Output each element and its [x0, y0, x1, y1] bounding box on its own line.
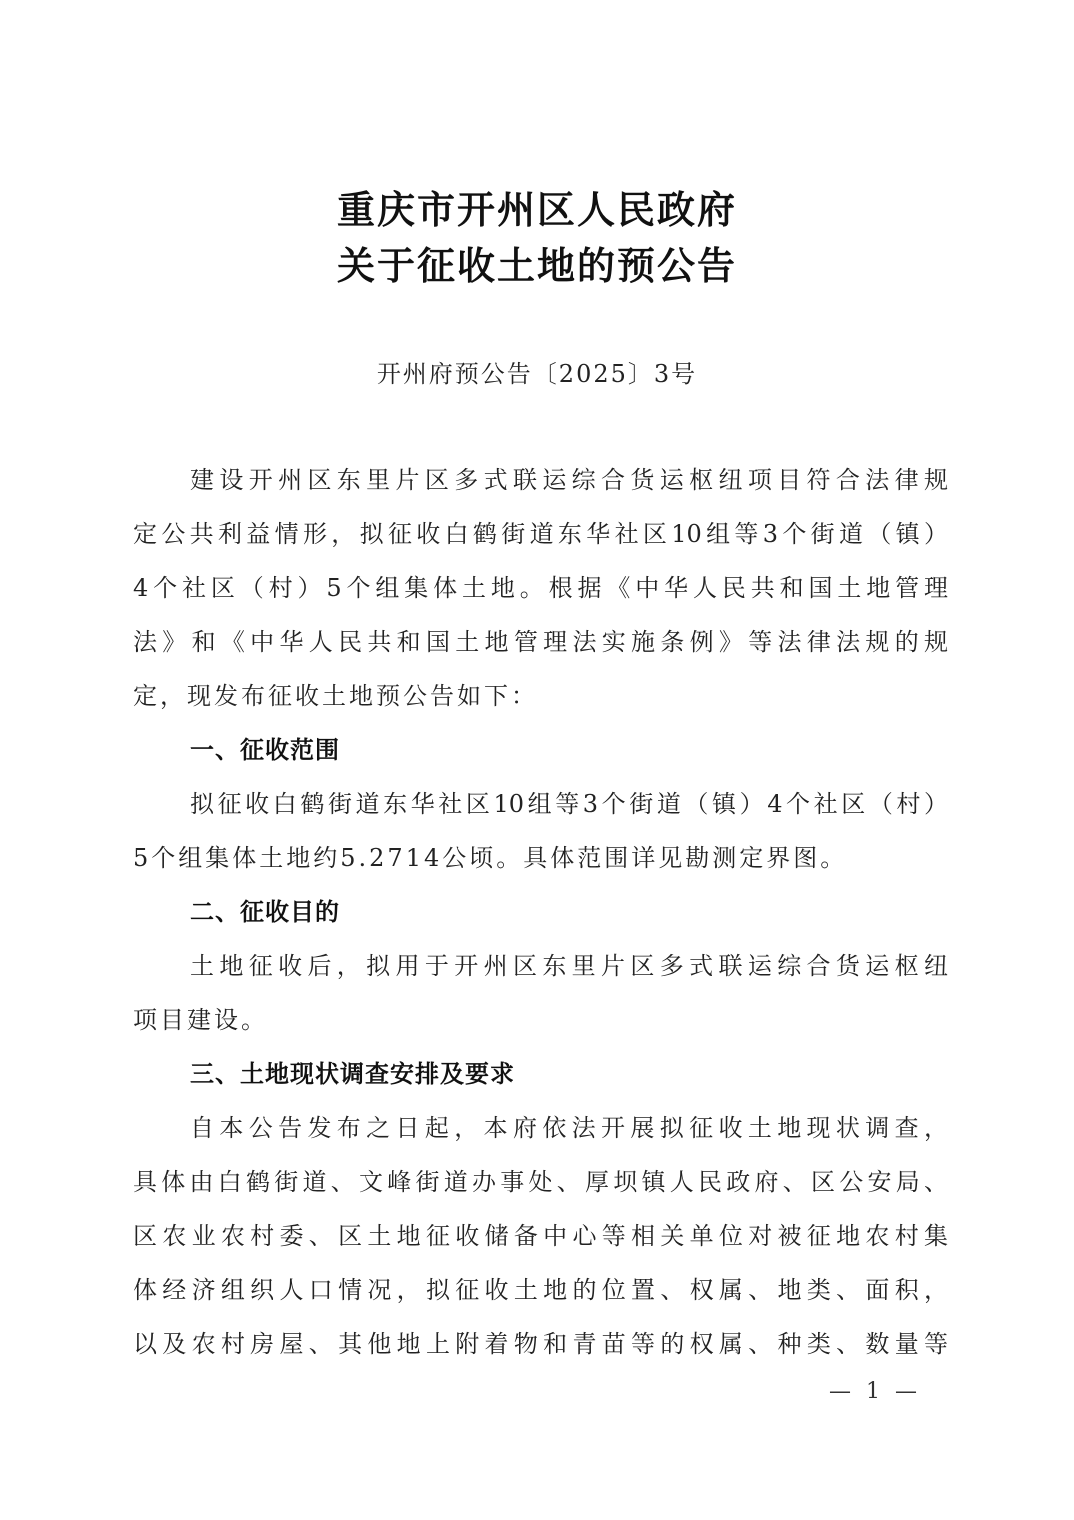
section-scope-line-1: 拟征收白鹤街道东华社区10组等3个街道（镇）4个社区（村） [190, 786, 948, 822]
section-survey-line-3: 区农业农村委、区土地征收储备中心等相关单位对被征地农村集 [133, 1218, 948, 1254]
section-heading-scope: 一、征收范围 [190, 732, 340, 768]
document-number: 开州府预公告〔2025〕3号 [0, 356, 1074, 392]
section-scope-line-2: 5个组集体土地约5.2714公顷。具体范围详见勘测定界图。 [133, 840, 948, 876]
document-title-line-1: 重庆市开州区人民政府 [0, 188, 1074, 232]
intro-line-3: 4个社区（村）5个组集体土地。根据《中华人民共和国土地管理 [133, 570, 948, 606]
section-survey-line-5: 以及农村房屋、其他地上附着物和青苗等的权属、种类、数量等 [133, 1326, 948, 1362]
section-purpose-line-1: 土地征收后，拟用于开州区东里片区多式联运综合货运枢纽 [190, 948, 948, 984]
section-survey-line-4: 体经济组织人口情况，拟征收土地的位置、权属、地类、面积， [133, 1272, 948, 1308]
intro-line-4: 法》和《中华人民共和国土地管理法实施条例》等法律法规的规 [133, 624, 948, 660]
section-heading-purpose: 二、征收目的 [190, 894, 340, 930]
section-survey-line-2: 具体由白鹤街道、文峰街道办事处、厚坝镇人民政府、区公安局、 [133, 1164, 948, 1200]
page-number: — 1 — [820, 1374, 930, 1410]
section-purpose-line-2: 项目建设。 [133, 1002, 948, 1038]
document-title-line-2: 关于征收土地的预公告 [0, 244, 1074, 288]
section-heading-survey: 三、土地现状调查安排及要求 [190, 1056, 515, 1092]
intro-line-2: 定公共利益情形，拟征收白鹤街道东华社区10组等3个街道（镇） [133, 516, 948, 552]
intro-line-1: 建设开州区东里片区多式联运综合货运枢纽项目符合法律规 [190, 462, 948, 498]
document-page: 重庆市开州区人民政府 关于征收土地的预公告 开州府预公告〔2025〕3号 建设开… [0, 0, 1074, 1520]
intro-line-5: 定，现发布征收土地预公告如下： [133, 678, 948, 714]
section-survey-line-1: 自本公告发布之日起，本府依法开展拟征收土地现状调查， [190, 1110, 948, 1146]
